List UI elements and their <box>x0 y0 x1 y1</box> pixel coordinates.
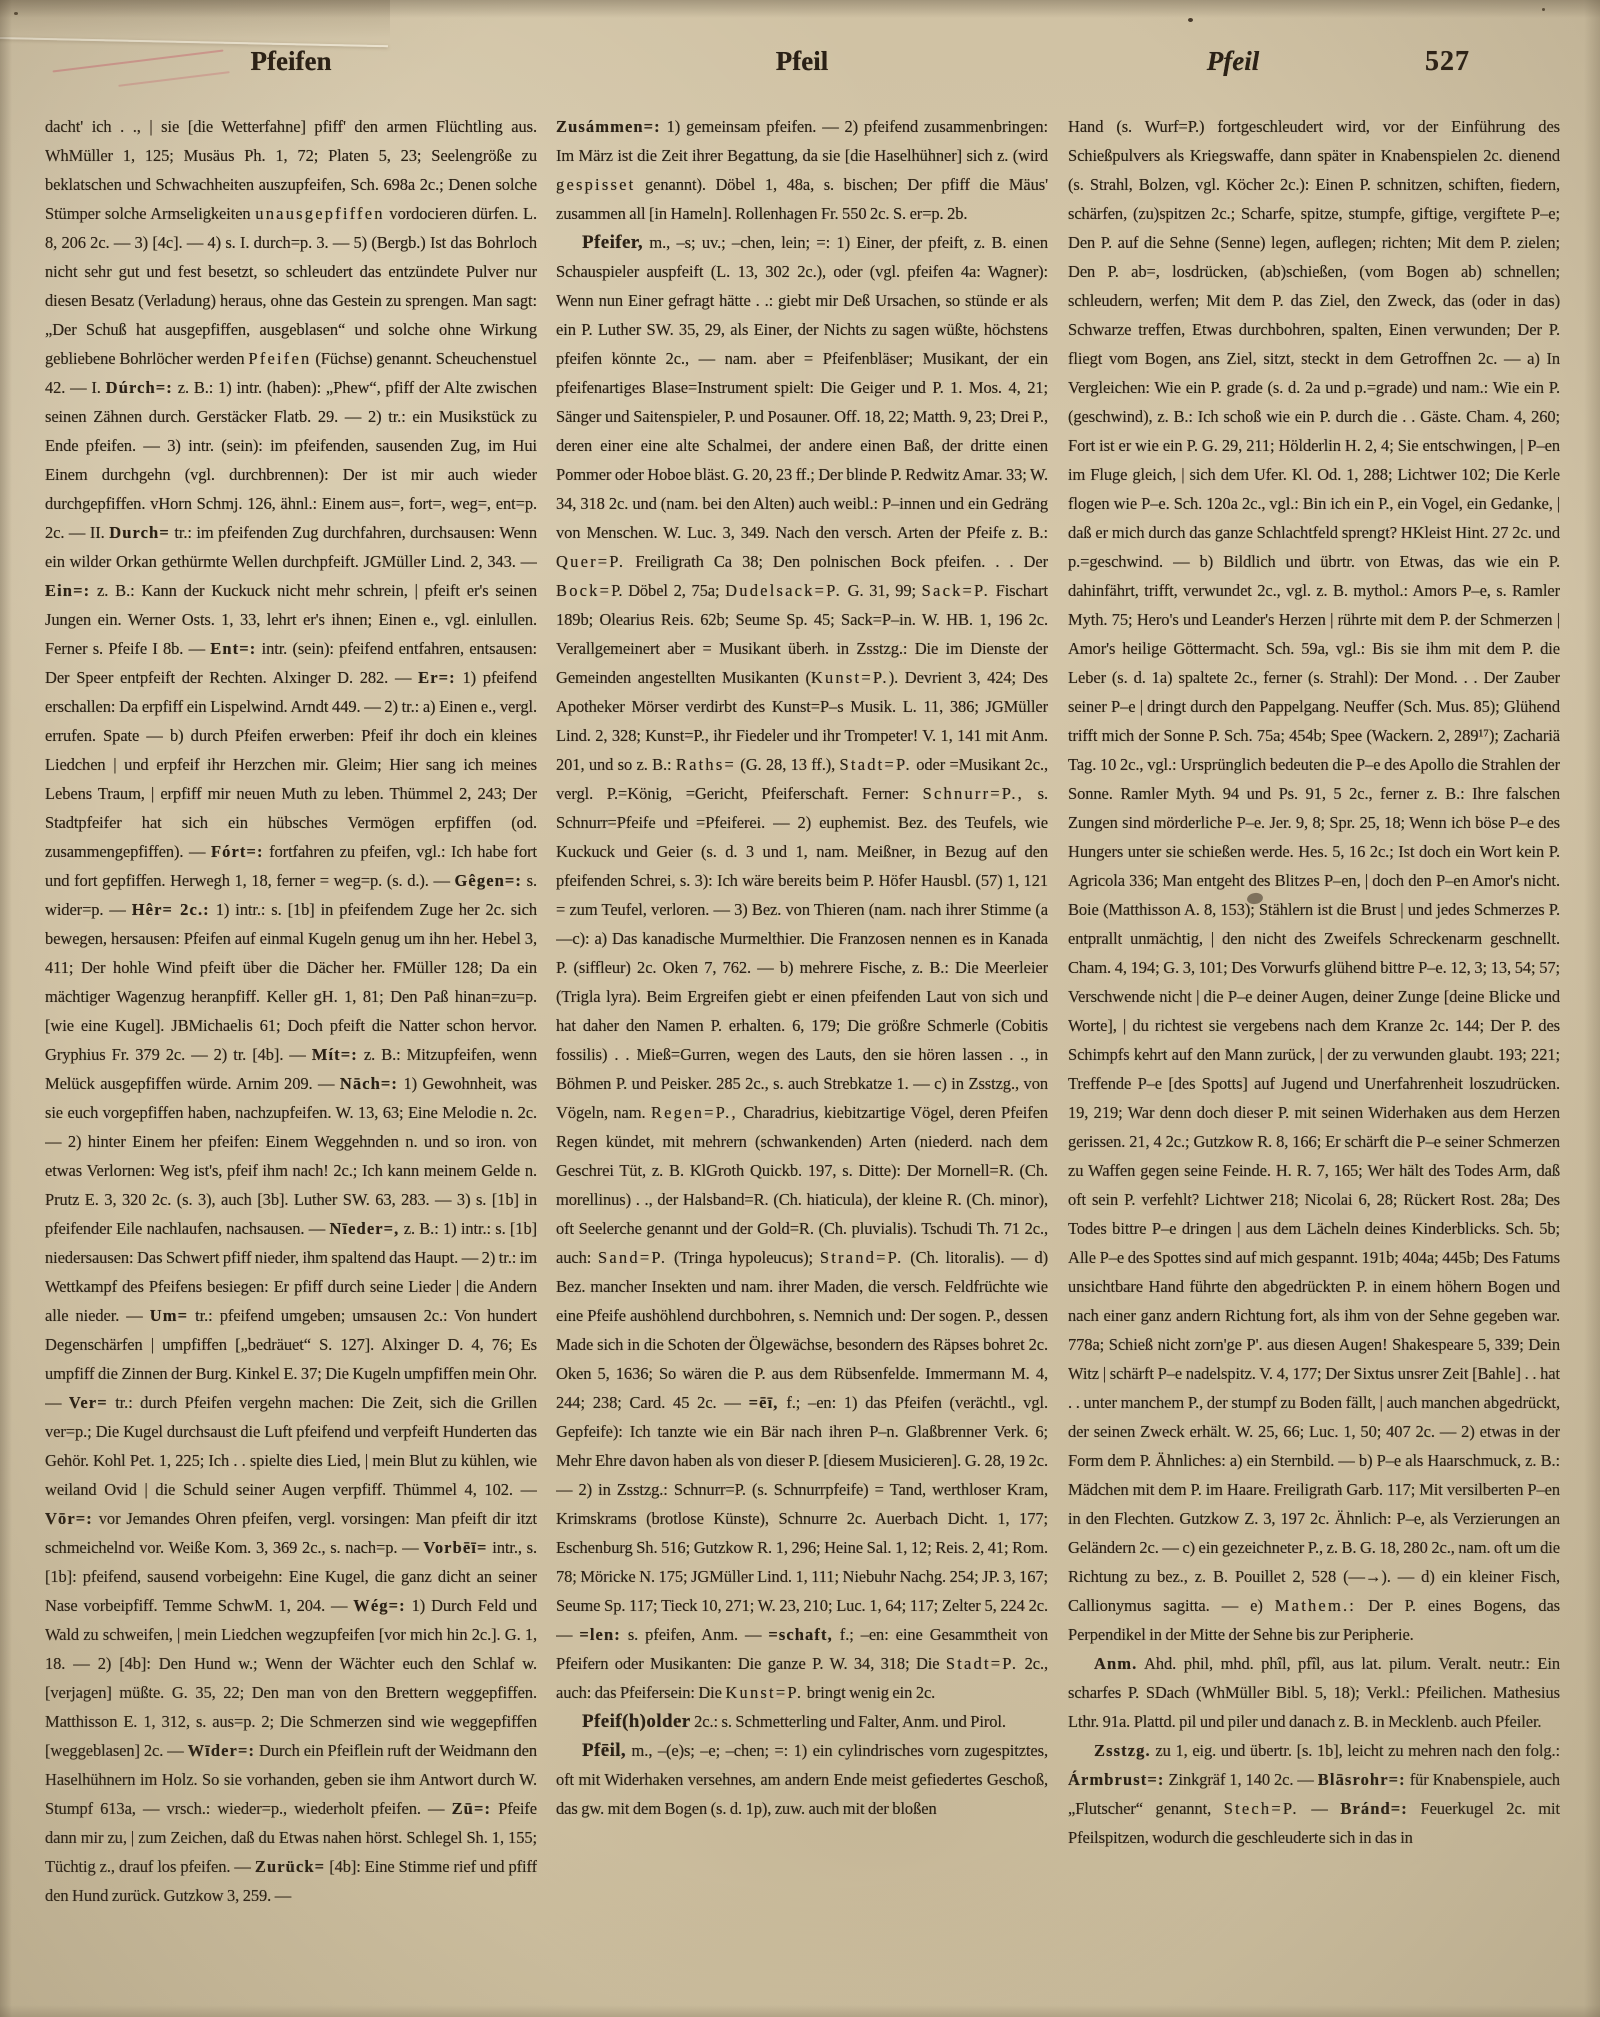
text-run: Dudelsack=P. <box>725 581 842 600</box>
paragraph: Zsstzg. zu 1, eig. und übertr. [s. 1b], … <box>1068 1736 1560 1852</box>
text-run: P. Döbel 2, 75a; <box>611 581 725 600</box>
text-run: Mít=: <box>312 1045 358 1064</box>
text-run: — <box>1299 1799 1341 1818</box>
text-run: Charadrius, kiebitzartige Vögel, deren P… <box>556 1103 1048 1267</box>
text-run: =schaft, <box>768 1625 833 1644</box>
text-run: Fórt=: <box>211 842 264 861</box>
text-run: 1) pfeifend erschallen: Da erpfiff ein L… <box>45 668 537 861</box>
text-run: Pfeif(h)older <box>582 1711 691 1732</box>
text-run: Ein=: <box>45 581 90 600</box>
text-run: Kunst=P. <box>725 1683 803 1702</box>
text-run: Vōr=: <box>45 1509 93 1528</box>
text-run: Strand=P. <box>820 1248 904 1267</box>
text-run: Blāsrohr=: <box>1318 1770 1406 1789</box>
text-run: Stadt=P. <box>946 1654 1018 1673</box>
running-title-center: Pfeil <box>556 46 1048 77</box>
text-run: Ver= <box>69 1393 108 1412</box>
text-run: unausgepfiffen <box>255 204 384 223</box>
text-column-1: dacht' ich . ., | sie [die Wetterfahne] … <box>45 112 537 1912</box>
text-run: Stadt=P. <box>840 755 912 774</box>
text-run: Regen=P., <box>651 1103 738 1122</box>
text-run: G. 31, 99; <box>842 581 922 600</box>
text-run: s. Schnurr=Pfeife und =Pfeiferei. — 2) e… <box>556 784 1048 1122</box>
scan-edge-bottom <box>0 2005 1600 2017</box>
text-run: Er=: <box>418 668 456 687</box>
text-run: Stech=P. <box>1224 1799 1299 1818</box>
text-run: Durch= <box>109 523 170 542</box>
text-run: z. B.: 1) intr. (haben): „Phew“, pfiff d… <box>45 378 537 542</box>
ink-speck <box>1188 18 1193 22</box>
text-run: Zū=: <box>452 1799 491 1818</box>
text-run: Dúrch=: <box>106 378 173 397</box>
scan-edge-top <box>0 0 1600 18</box>
text-run: (Ch. litoralis). — d) Bez. mancher Insek… <box>556 1248 1048 1412</box>
text-run: Gêgen=: <box>455 871 523 890</box>
text-run: 1) Gewohnheit, was sie euch vorgepfiffen… <box>45 1074 537 1238</box>
text-run: Hand (s. Wurf=P.) fortgeschleudert wird,… <box>1068 117 1560 1615</box>
text-run: f.; –en: 1) das Pfeifen (verächtl., vgl.… <box>556 1393 1048 1644</box>
text-run: zu 1, eig. und übertr. [s. 1b], leicht z… <box>1151 1741 1560 1760</box>
text-run: (G. 28, 13 ff.), <box>736 755 840 774</box>
text-run: tr.: durch Pfeifen vergehn machen: Die Z… <box>45 1393 537 1499</box>
text-run: Sand=P. <box>598 1248 667 1267</box>
text-run: Zurück= <box>255 1857 325 1876</box>
text-run: gespisset <box>556 175 635 194</box>
paragraph: dacht' ich . ., | sie [die Wetterfahne] … <box>45 112 537 1910</box>
text-run: Ent=: <box>210 639 256 658</box>
text-run: Wīder=: <box>188 1741 256 1760</box>
text-run: bringt wenig ein 2c. <box>803 1683 935 1702</box>
scan-edge-left <box>0 0 12 2017</box>
text-run: Pfēil, <box>582 1740 626 1761</box>
text-run: Quer=P. <box>556 552 625 571</box>
text-column-3: Hand (s. Wurf=P.) fortgeschleudert wird,… <box>1068 112 1560 1912</box>
text-run: Nīeder=, <box>329 1219 399 1238</box>
page-number: 527 <box>1280 46 1470 78</box>
text-run: Kunst=P. <box>811 668 889 687</box>
paragraph: Pfeifer, m., –s; uv.; –chen, lein; =: 1)… <box>556 228 1048 1707</box>
text-run: Raths= <box>676 755 736 774</box>
text-run: Zinkgräf 1, 140 2c. — <box>1164 1770 1317 1789</box>
text-run: s. pfeifen, Anm. — <box>621 1625 768 1644</box>
text-run: Freiligrath Ca 38; Den polnischen Bock p… <box>625 552 1048 571</box>
text-run: m., –(e)s; –e; –chen; =: 1) ein cylindri… <box>556 1741 1048 1818</box>
text-run: Anm. <box>1094 1654 1137 1673</box>
text-run: vordocieren dürfen. L. 8, 206 2c. — 3) [… <box>45 204 537 368</box>
text-run: Sack=P. <box>922 581 990 600</box>
paragraph: Zusámmen=: 1) gemeinsam pfeifen. — 2) pf… <box>556 112 1048 228</box>
text-run: Schnurr=P., <box>923 784 1024 803</box>
text-run: Bock= <box>556 581 611 600</box>
text-run: Pfeifen <box>248 349 311 368</box>
text-run: Zusámmen=: <box>556 117 661 136</box>
text-run: =ēī, <box>749 1393 779 1412</box>
text-run: Bránd=: <box>1340 1799 1408 1818</box>
scanned-dictionary-page: { "colors": { "paper": "#d3c5a8", "ink":… <box>0 0 1600 2017</box>
paragraph: Hand (s. Wurf=P.) fortgeschleudert wird,… <box>1068 112 1560 1649</box>
text-column-2: Zusámmen=: 1) gemeinsam pfeifen. — 2) pf… <box>556 112 1048 1912</box>
text-run: Nāch=: <box>340 1074 398 1093</box>
text-run: Um= <box>150 1306 188 1325</box>
text-run: Zsstzg. <box>1094 1741 1151 1760</box>
text-run: Ahd. phil, mhd. phîl, pfîl, aus lat. pil… <box>1068 1654 1560 1731</box>
scan-edge-right <box>1584 0 1600 2017</box>
text-run: 2c.: s. Schmetterling und Falter, Anm. u… <box>691 1712 1006 1731</box>
text-run: Pfeifer, <box>582 232 643 253</box>
text-run: 1) Durch Feld und Wald zu schweifen, | m… <box>45 1596 537 1760</box>
text-run: Ármbrust=: <box>1068 1770 1164 1789</box>
text-run: Wég=: <box>353 1596 405 1615</box>
text-run: Mathem.: <box>1275 1596 1356 1615</box>
paragraph: Pfeif(h)older 2c.: s. Schmetterling und … <box>556 1707 1048 1736</box>
text-run: (Tringa hypoleucus); <box>667 1248 820 1267</box>
text-run: m., –s; uv.; –chen, lein; =: 1) Einer, d… <box>556 233 1048 542</box>
paragraph: Anm. Ahd. phil, mhd. phîl, pfîl, aus lat… <box>1068 1649 1560 1736</box>
text-run: 1) intr.: s. [1b] in pfeifendem Zuge her… <box>45 900 537 1064</box>
text-run: Hêr= 2c.: <box>132 900 210 919</box>
paragraph: Pfēil, m., –(e)s; –e; –chen; =: 1) ein c… <box>556 1736 1048 1823</box>
text-run: Vorbēī= <box>423 1538 487 1557</box>
text-run: =len: <box>579 1625 620 1644</box>
